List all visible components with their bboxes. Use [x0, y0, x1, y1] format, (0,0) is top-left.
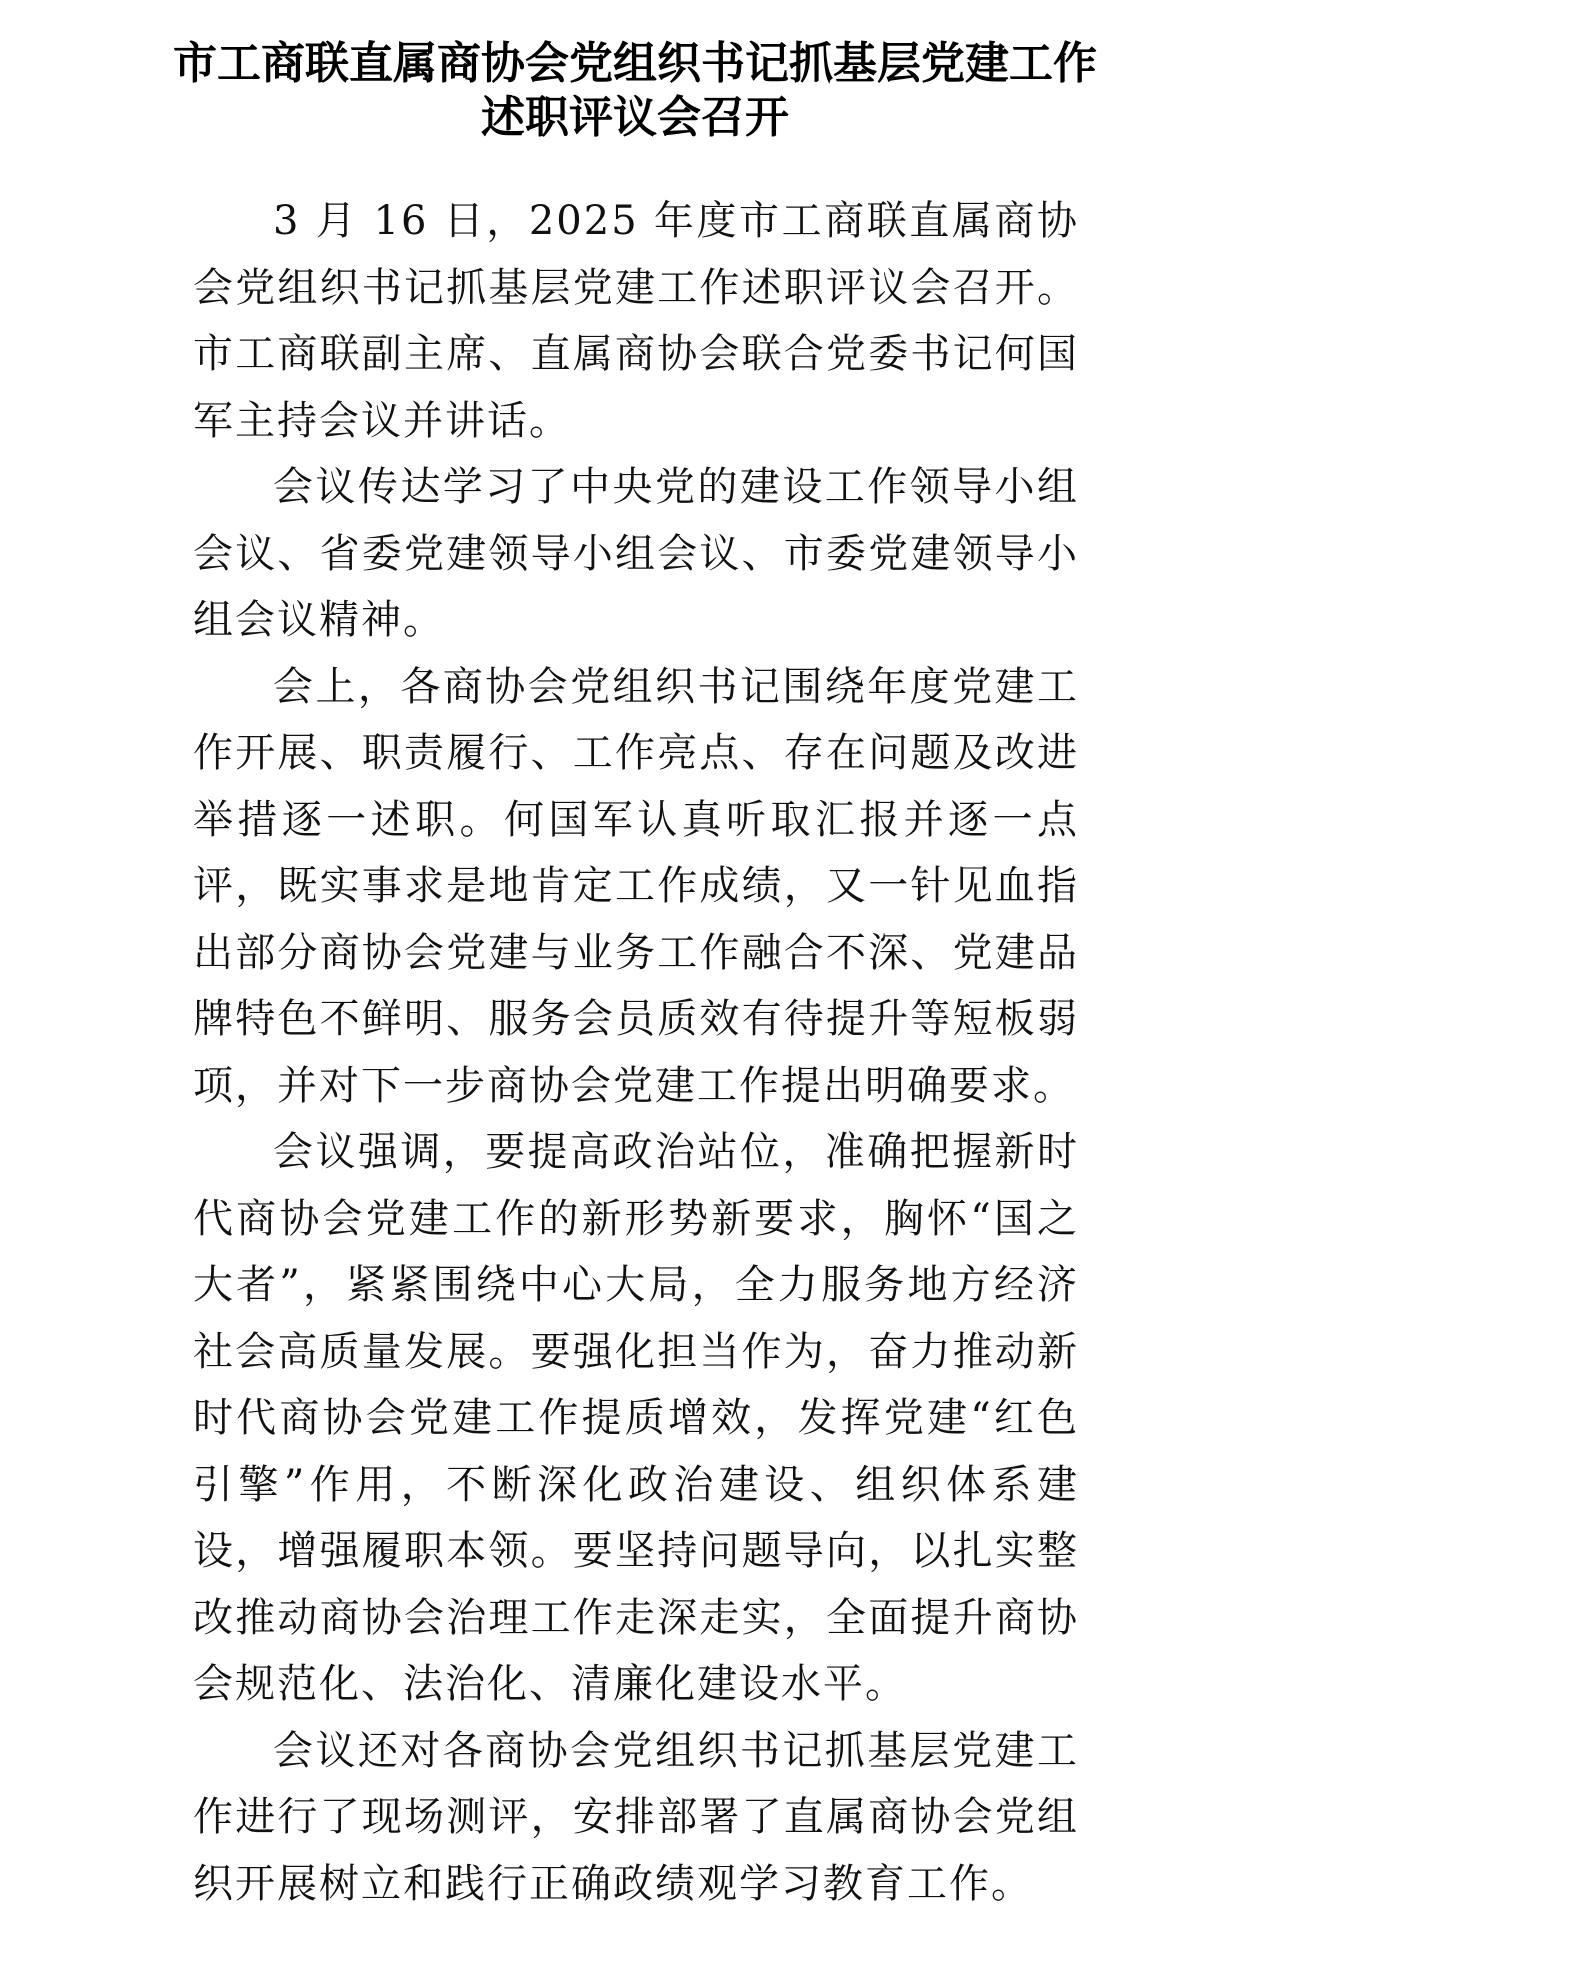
paragraph-3: 会上，各商协会党组织书记围绕年度党建工作开展、职责履行、工作亮点、存在问题及改进… — [193, 654, 1079, 1120]
article-body: 3 月 16 日，2025 年度市工商联直属商协会党组织书记抓基层党建工作述职评… — [193, 188, 1079, 1917]
document-page: 市工商联直属商协会党组织书记抓基层党建工作 述职评议会召开 3 月 16 日，2… — [0, 0, 1587, 1962]
paragraph-5: 会议还对各商协会党组织书记抓基层党建工作进行了现场测评，安排部署了直属商协会党组… — [193, 1718, 1079, 1918]
paragraph-2: 会议传达学习了中央党的建设工作领导小组会议、省委党建领导小组会议、市委党建领导小… — [193, 454, 1079, 654]
title-line-1: 市工商联直属商协会党组织书记抓基层党建工作 — [0, 37, 1270, 91]
title-line-2: 述职评议会召开 — [0, 91, 1270, 145]
paragraph-4: 会议强调，要提高政治站位，准确把握新时代商协会党建工作的新形势新要求，胸怀“国之… — [193, 1119, 1079, 1718]
paragraph-1: 3 月 16 日，2025 年度市工商联直属商协会党组织书记抓基层党建工作述职评… — [193, 188, 1079, 454]
document-title: 市工商联直属商协会党组织书记抓基层党建工作 述职评议会召开 — [0, 37, 1270, 145]
